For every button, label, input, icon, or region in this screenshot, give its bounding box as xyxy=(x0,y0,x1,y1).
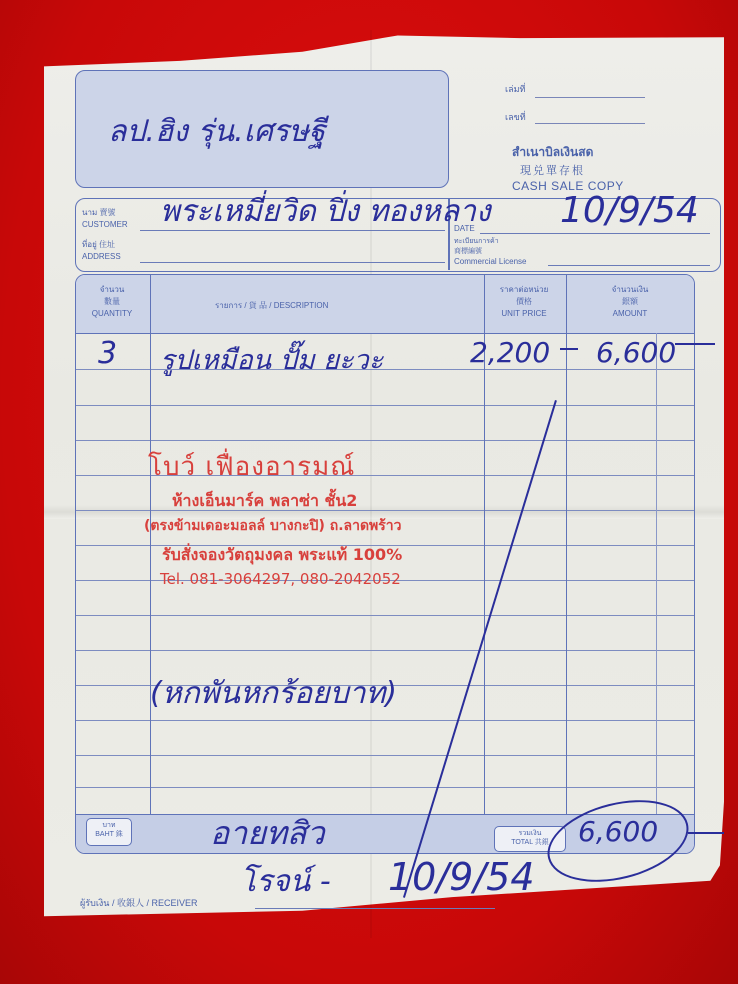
col-price-english: UNIT PRICE xyxy=(484,308,564,320)
col-divider-qty xyxy=(150,275,151,853)
row-description: รูปเหมือน ปั๊ม ยะวะ xyxy=(160,338,383,381)
stamp-line1: ห้างเอ็นมาร์ค พลาซ่า ชั้น2 xyxy=(172,489,357,514)
baht-label: บาท BAHT 銖 xyxy=(86,818,132,846)
copy-title-thai: สำเนาบิลเงินสด xyxy=(512,143,593,162)
col-description-english: DESCRIPTION xyxy=(274,301,329,310)
amount-in-words: (หกพันหกร้อยบาท) xyxy=(150,670,397,717)
book-no-line xyxy=(535,97,645,98)
signature: อายทสิว xyxy=(210,808,325,859)
row-line xyxy=(76,787,694,788)
license-label-chinese: 商標編號 xyxy=(454,247,482,257)
date-label: DATE xyxy=(454,224,475,234)
baht-label-thai: บาท xyxy=(87,821,131,830)
date-value: 10/9/54 xyxy=(560,190,699,231)
baht-label-english: BAHT 銖 xyxy=(87,830,131,839)
col-header-unit-price: ราคาต่อหน่วย 價格 UNIT PRICE xyxy=(484,284,564,320)
book-no-label: เล่มที่ xyxy=(505,84,525,94)
address-label: ADDRESS xyxy=(82,252,121,262)
receiver-label: ผู้รับเงิน / 收銀人 / RECEIVER xyxy=(80,898,197,908)
col-header-quantity: จำนวน 數量 QUANTITY xyxy=(76,284,148,320)
col-quantity-chinese: 數量 xyxy=(76,296,148,308)
signature-line2: โรจน์ - xyxy=(240,858,331,905)
row-line xyxy=(76,510,694,511)
no-label: เลขที่ xyxy=(505,112,526,122)
total-dash xyxy=(688,832,724,834)
col-amount-thai: จำนวนเงิน xyxy=(567,284,693,296)
col-divider-price xyxy=(566,275,567,853)
row-quantity: 3 xyxy=(98,336,117,371)
amount-dash xyxy=(675,343,715,345)
row-unit-price: 2,200 xyxy=(470,336,550,369)
address-line xyxy=(140,262,445,263)
stamp-line2: (ตรงข้ามเดอะมอลล์ บางกะปิ) ถ.ลาดพร้าว xyxy=(144,515,402,537)
col-description-thai: รายการ / xyxy=(215,301,247,310)
address-label-thai: ที่อยู่ 住址 xyxy=(82,240,115,250)
date-line xyxy=(480,233,710,234)
col-header-description: รายการ / 貨 品 / DESCRIPTION xyxy=(215,300,435,312)
row-amount: 6,600 xyxy=(596,336,676,369)
no-line xyxy=(535,123,645,124)
license-label-thai: ทะเบียนการค้า xyxy=(454,237,499,247)
row-line xyxy=(76,405,694,406)
stamp-line3: รับสั่งจองวัตถุมงคล พระแท้ 100% xyxy=(162,543,402,568)
row-line xyxy=(76,720,694,721)
receiver-line xyxy=(255,908,495,909)
col-header-amount: จำนวนเงิน 銀額 AMOUNT xyxy=(567,284,693,320)
col-divider-cents xyxy=(656,333,657,815)
col-description-chinese: 貨 品 / xyxy=(249,301,272,310)
col-quantity-thai: จำนวน xyxy=(76,284,148,296)
copy-title-chinese: 現兑單存根 xyxy=(520,162,585,178)
col-amount-chinese: 銀額 xyxy=(567,296,693,308)
customer-label: CUSTOMER xyxy=(82,220,128,230)
stamp-shop-name: โบว์ เฟื่องอารมณ์ xyxy=(148,446,355,487)
license-label: Commercial License xyxy=(454,257,526,267)
signed-date: 10/9/54 xyxy=(388,855,535,899)
row-line xyxy=(76,440,694,441)
row-line xyxy=(76,650,694,651)
handwritten-title: ลป.ฮิง รุ่น.เศรษฐี xyxy=(108,108,325,155)
customer-label-thai: นาม 賣號 xyxy=(82,208,115,218)
customer-name: พระเหมี่ยวิด ปิ่ง ทองหลาง xyxy=(160,188,491,235)
license-line xyxy=(548,265,710,266)
col-price-chinese: 價格 xyxy=(484,296,564,308)
row-line xyxy=(76,615,694,616)
col-quantity-english: QUANTITY xyxy=(76,308,148,320)
price-dash xyxy=(560,348,578,350)
col-amount-english: AMOUNT xyxy=(567,308,693,320)
row-line xyxy=(76,755,694,756)
stamp-phone: Tel. 081-3064297, 080-2042052 xyxy=(160,570,401,588)
col-price-thai: ราคาต่อหน่วย xyxy=(484,284,564,296)
